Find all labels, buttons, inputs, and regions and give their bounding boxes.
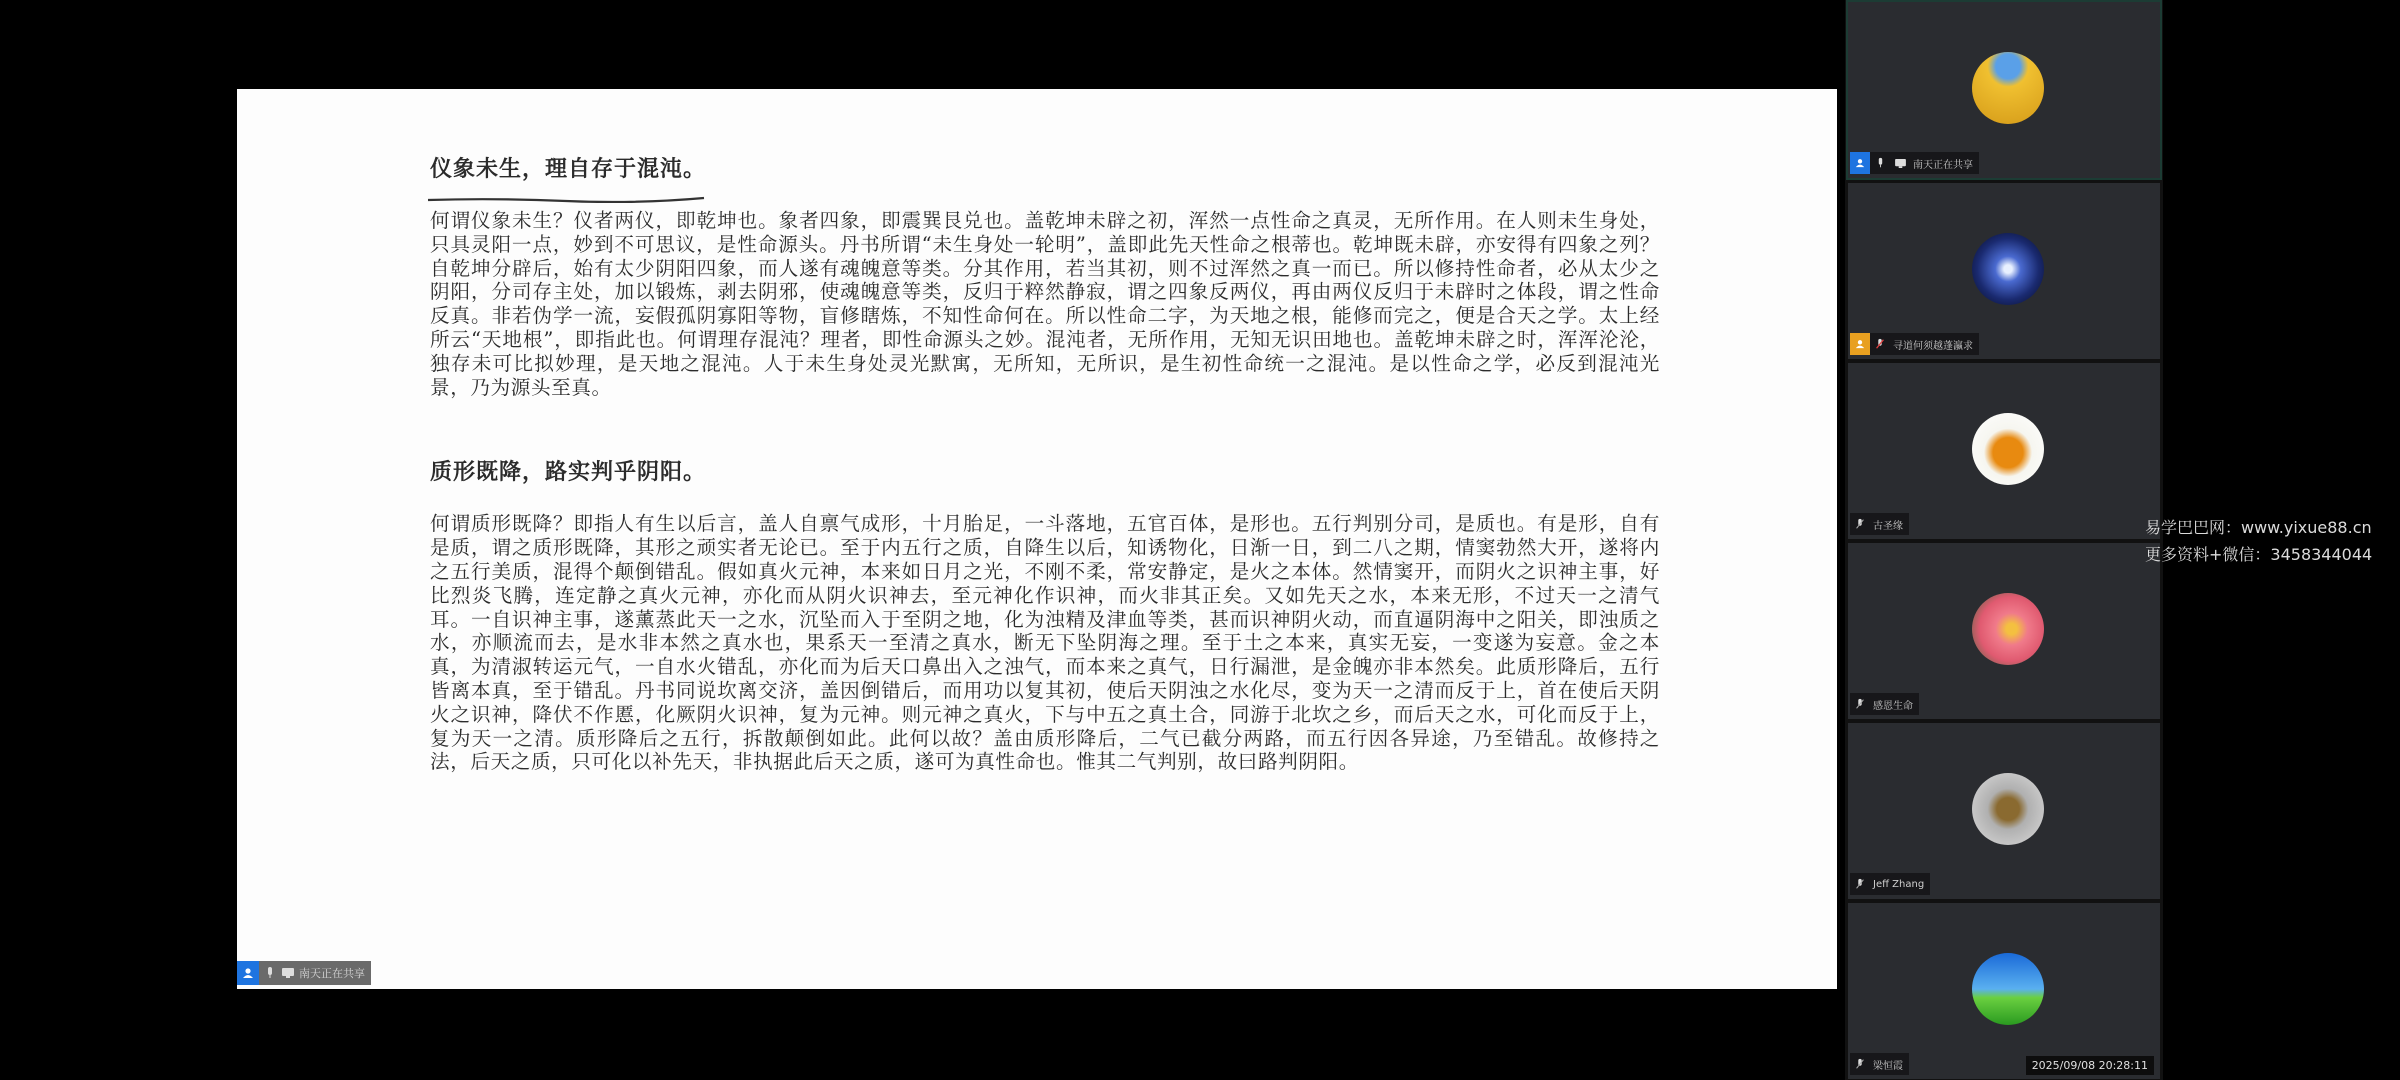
participant-tile[interactable]: 感恩生命 <box>1848 543 2160 719</box>
microphone-muted-icon <box>1850 693 1870 715</box>
document-content: 仪象未生，理自存于混沌。 何谓仪象未生？仪者两仪，即乾坤也。象者四象，即震巽艮兑… <box>430 151 1660 774</box>
avatar <box>1972 593 2044 665</box>
user-icon <box>237 961 259 985</box>
participant-panel: 南天正在共享 寻道何须越蓬瀛求 古圣缘 感恩生命 <box>1845 0 2163 1080</box>
avatar <box>1972 233 2044 305</box>
microphone-muted-icon <box>1850 513 1870 535</box>
name-bar: 梁恒霞 <box>1850 1053 1909 1075</box>
watermark-line-2: 更多资料+微信：3458344044 <box>2145 541 2372 568</box>
avatar <box>1972 413 2044 485</box>
participant-name: 南天正在共享 <box>1910 156 1979 171</box>
name-bar: 古圣缘 <box>1850 513 1909 535</box>
shared-screen: 仪象未生，理自存于混沌。 何谓仪象未生？仪者两仪，即乾坤也。象者四象，即震巽艮兑… <box>237 89 1837 989</box>
participant-name: 感恩生命 <box>1870 697 1919 712</box>
name-bar: 寻道何须越蓬瀛求 <box>1850 333 1979 355</box>
participant-name: 寻道何须越蓬瀛求 <box>1890 337 1979 352</box>
presenter-tag: 南天正在共享 <box>237 961 371 985</box>
name-bar: Jeff Zhang <box>1850 873 1930 895</box>
participant-tile[interactable]: 古圣缘 <box>1848 363 2160 539</box>
section-paragraph: 何谓质形既降？即指人有生以后言，盖人自禀气成形，十月胎足，一斗落地，五官百体，是… <box>430 512 1660 774</box>
avatar <box>1972 773 2044 845</box>
microphone-icon[interactable] <box>263 963 277 983</box>
avatar <box>1972 953 2044 1025</box>
microphone-muted-icon <box>1870 333 1890 355</box>
user-icon <box>1850 333 1870 355</box>
microphone-muted-icon <box>1850 873 1870 895</box>
screen-share-icon <box>281 963 295 983</box>
handwritten-underline-icon <box>426 195 706 203</box>
timestamp: 2025/09/08 20:28:11 <box>2026 1056 2154 1075</box>
name-bar: 感恩生命 <box>1850 693 1919 715</box>
section-heading: 仪象未生，理自存于混沌。 <box>430 151 1660 187</box>
section-heading: 质形既降，路实判乎阴阳。 <box>430 454 1660 490</box>
participant-tile[interactable]: 寻道何须越蓬瀛求 <box>1848 183 2160 359</box>
section-1: 仪象未生，理自存于混沌。 何谓仪象未生？仪者两仪，即乾坤也。象者四象，即震巽艮兑… <box>430 151 1660 399</box>
participant-tile[interactable]: 南天正在共享 <box>1848 2 2160 178</box>
watermark: 易学巴巴网：www.yixue88.cn 更多资料+微信：3458344044 <box>2145 514 2372 568</box>
participant-name: 梁恒霞 <box>1870 1057 1909 1072</box>
name-bar: 南天正在共享 <box>1850 152 1979 174</box>
participant-name: Jeff Zhang <box>1870 879 1930 890</box>
avatar <box>1972 52 2044 124</box>
screen-share-icon <box>1890 152 1910 174</box>
presenter-label: 南天正在共享 <box>295 965 371 981</box>
microphone-muted-icon <box>1850 1053 1870 1075</box>
participant-name: 古圣缘 <box>1870 517 1909 532</box>
microphone-icon <box>1870 152 1890 174</box>
section-paragraph: 何谓仪象未生？仪者两仪，即乾坤也。象者四象，即震巽艮兑也。盖乾坤未辟之初，浑然一… <box>430 209 1660 399</box>
user-icon <box>1850 152 1870 174</box>
section-2: 质形既降，路实判乎阴阳。 何谓质形既降？即指人有生以后言，盖人自禀气成形，十月胎… <box>430 454 1660 774</box>
watermark-line-1: 易学巴巴网：www.yixue88.cn <box>2145 514 2372 541</box>
participant-tile[interactable]: 梁恒霞 2025/09/08 20:28:11 <box>1848 903 2160 1079</box>
participant-tile[interactable]: Jeff Zhang <box>1848 723 2160 899</box>
